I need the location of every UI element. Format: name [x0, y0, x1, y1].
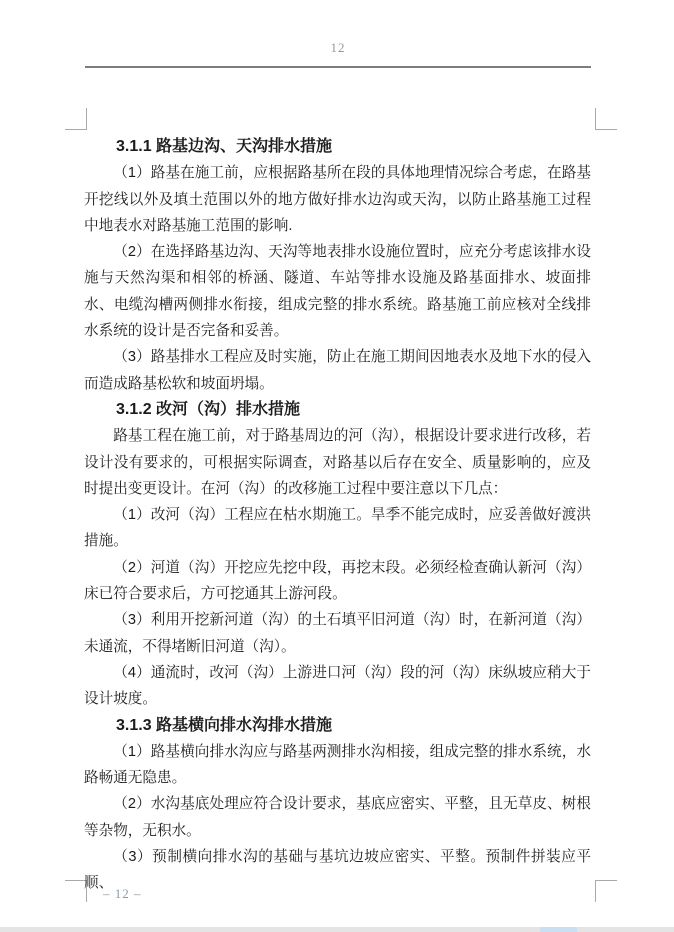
crop-mark-top-left: [65, 108, 87, 130]
horizontal-scrollbar[interactable]: [0, 927, 674, 932]
section-heading: 3.1.2 改河（沟）排水措施: [84, 397, 591, 423]
paragraph: 路基工程在施工前，对于路基周边的河（沟），根据设计要求进行改移，若设计没有要求的…: [84, 423, 591, 502]
document-body: 3.1.1 路基边沟、天沟排水措施 （1）路基在施工前，应根据路基所在段的具体地…: [84, 134, 591, 897]
crop-mark-top-right: [595, 108, 617, 130]
header-page-number: 12: [85, 40, 591, 56]
header-rule: [85, 66, 591, 68]
paragraph: （3）预制横向排水沟的基础与基坑边坡应密实、平整。预制件拼装应平顺、: [84, 844, 591, 897]
paragraph: （1）路基横向排水沟应与路基两测排水沟相接，组成完整的排水系统，水路畅通无隐患。: [84, 739, 591, 792]
section-heading: 3.1.3 路基横向排水沟排水措施: [84, 713, 591, 739]
paragraph: （1）改河（沟）工程应在枯水期施工。旱季不能完成时，应妥善做好渡洪措施。: [84, 502, 591, 555]
horizontal-scrollbar-thumb[interactable]: [540, 927, 577, 932]
paragraph: （2）河道（沟）开挖应先挖中段，再挖末段。必须经检查确认新河（沟）床已符合要求后…: [84, 555, 591, 608]
paragraph: （1）路基在施工前，应根据路基所在段的具体地理情况综合考虑，在路基开挖线以外及填…: [84, 160, 591, 239]
crop-mark-bottom-right: [595, 880, 617, 902]
paragraph: （2）水沟基底处理应符合设计要求，基底应密实、平整，且无草皮、树根等杂物，无积水…: [84, 791, 591, 844]
paragraph: （2）在选择路基边沟、天沟等地表排水设施位置时，应充分考虑该排水设施与天然沟渠和…: [84, 239, 591, 344]
section-heading: 3.1.1 路基边沟、天沟排水措施: [84, 134, 591, 160]
paragraph: （3）路基排水工程应及时实施，防止在施工期间因地表水及地下水的侵入而造成路基松软…: [84, 344, 591, 397]
footer-page-number: – 12 –: [103, 886, 142, 902]
footer-number: 12: [115, 886, 130, 901]
paragraph: （3）利用开挖新河道（沟）的土石填平旧河道（沟）时，在新河道（沟）未通流，不得堵…: [84, 607, 591, 660]
paragraph: （4）通流时，改河（沟）上游进口河（沟）段的河（沟）床纵坡应稍大于设计坡度。: [84, 660, 591, 713]
footer-dash-left: –: [103, 886, 111, 901]
document-page: 12 3.1.1 路基边沟、天沟排水措施 （1）路基在施工前，应根据路基所在段的…: [0, 0, 674, 932]
footer-dash-right: –: [134, 886, 142, 901]
